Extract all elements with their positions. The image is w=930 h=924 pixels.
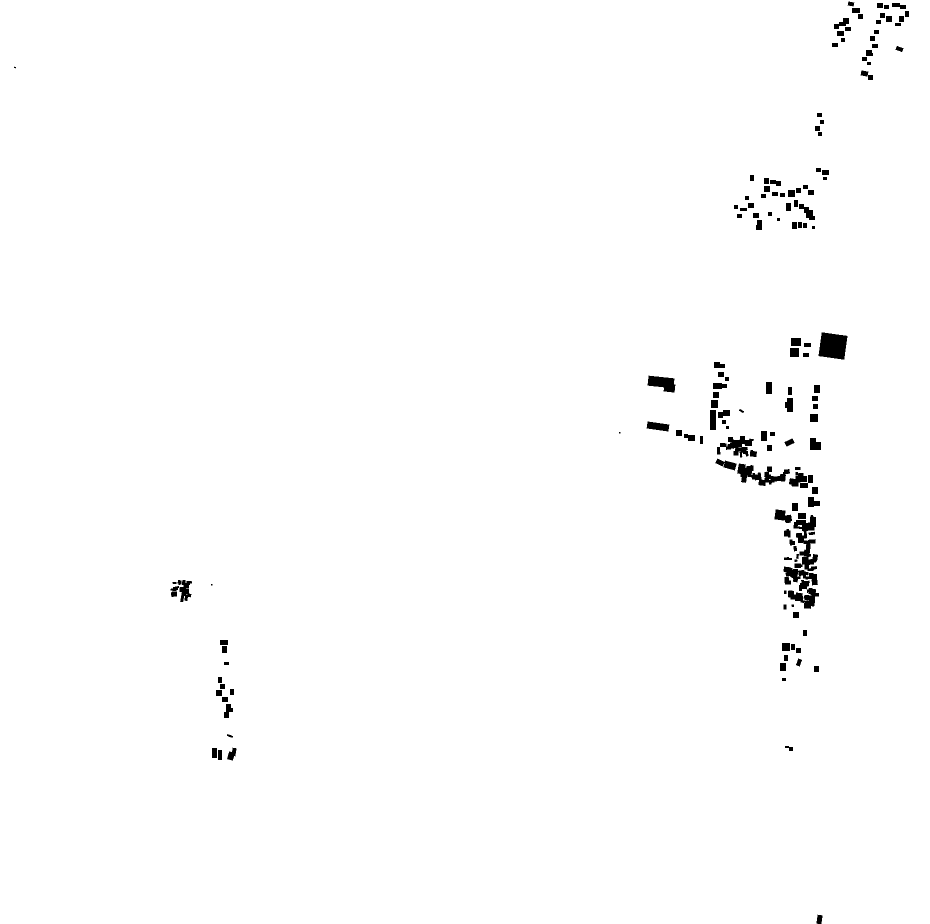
building-footprint (173, 582, 177, 584)
building-footprint (734, 205, 738, 209)
building-footprint (791, 644, 795, 650)
building-footprint (717, 447, 720, 452)
building-footprint (664, 383, 676, 392)
building-footprint (795, 472, 798, 475)
building-footprint (798, 222, 802, 228)
building-footprint (700, 436, 703, 444)
building-footprint (212, 748, 217, 758)
building-footprint (713, 392, 719, 398)
building-footprint (812, 487, 818, 494)
building-footprint (718, 372, 724, 377)
building-footprint (809, 588, 812, 593)
building-footprint (808, 539, 812, 542)
building-footprint (899, 16, 904, 22)
building-footprint (799, 551, 805, 555)
building-footprint (743, 467, 750, 476)
building-footprint (808, 190, 814, 195)
building-footprint (796, 188, 801, 193)
building-footprint (172, 592, 177, 597)
building-footprint (852, 8, 860, 13)
building-footprint (688, 435, 695, 441)
building-footprint (743, 451, 745, 454)
building-footprint (737, 214, 742, 218)
building-footprint (764, 472, 769, 478)
building-footprint (768, 212, 772, 216)
building-footprint (222, 646, 227, 653)
building-footprint (785, 580, 791, 584)
building-footprint (777, 218, 780, 221)
building-footprint (788, 590, 792, 597)
building-footprint (767, 445, 772, 451)
building-footprint (818, 132, 822, 136)
building-footprint (803, 185, 808, 189)
building-footprint (866, 53, 873, 56)
building-footprint (799, 204, 804, 209)
building-footprint (876, 20, 881, 24)
building-footprint (789, 747, 793, 751)
building-footprint (810, 414, 818, 422)
building-footprint (756, 225, 762, 230)
building-footprint (872, 44, 878, 48)
building-footprint (822, 170, 829, 175)
building-footprint (787, 558, 792, 560)
building-footprint (750, 451, 757, 457)
building-footprint (845, 27, 851, 31)
building-footprint (785, 402, 789, 408)
building-footprint (750, 175, 754, 181)
building-footprint (810, 438, 816, 450)
building-footprint (792, 604, 794, 607)
building-footprint (189, 581, 192, 584)
building-footprint (776, 181, 781, 186)
building-footprint (218, 677, 222, 683)
building-footprint (789, 478, 796, 485)
building-footprint (895, 23, 901, 26)
building-footprint (176, 586, 179, 588)
building-footprint (900, 5, 906, 9)
map-background (0, 0, 930, 924)
building-footprint (721, 384, 727, 388)
building-footprint (788, 387, 792, 395)
building-footprint (725, 377, 729, 381)
building-footprint (813, 404, 818, 409)
building-footprint (722, 420, 726, 424)
building-footprint (770, 180, 776, 184)
building-footprint (808, 554, 811, 556)
building-footprint (880, 13, 885, 18)
building-footprint (216, 690, 222, 696)
building-footprint (786, 203, 791, 211)
building-footprint (726, 426, 729, 429)
building-footprint (823, 177, 827, 180)
building-footprint (758, 479, 766, 486)
building-footprint (720, 364, 725, 368)
building-footprint (800, 483, 808, 488)
building-footprint (812, 226, 815, 229)
building-footprint (837, 31, 844, 36)
building-footprint (230, 689, 234, 695)
building-footprint (807, 589, 810, 592)
building-footprint (798, 513, 806, 519)
building-footprint (870, 36, 875, 41)
building-footprint (723, 443, 727, 447)
building-footprint (784, 469, 790, 474)
building-footprint (815, 126, 820, 131)
building-footprint (832, 43, 838, 47)
building-footprint-map (0, 0, 930, 924)
building-footprint (803, 630, 807, 636)
building-footprint (740, 464, 744, 467)
building-footprint (800, 583, 807, 589)
building-footprint (224, 662, 229, 665)
building-footprint (769, 480, 772, 485)
building-footprint (794, 200, 798, 207)
building-footprint (761, 194, 766, 198)
building-footprint (767, 467, 772, 472)
building-footprint (805, 576, 812, 579)
building-footprint (785, 746, 789, 748)
building-footprint (218, 750, 222, 760)
building-footprint (808, 497, 814, 507)
building-footprint (868, 75, 873, 80)
building-footprint (884, 5, 889, 9)
building-footprint (820, 120, 824, 124)
building-footprint (795, 596, 803, 601)
building-footprint (794, 559, 797, 562)
building-footprint (791, 338, 801, 346)
building-footprint (711, 400, 718, 408)
building-footprint (764, 178, 769, 184)
building-footprint (784, 655, 788, 661)
building-footprint (211, 584, 213, 586)
building-footprint (905, 11, 909, 17)
building-footprint (770, 432, 775, 436)
building-footprint (795, 467, 800, 470)
building-footprint (788, 534, 791, 538)
building-footprint (782, 643, 790, 651)
building-footprint (676, 430, 682, 436)
building-footprint (796, 554, 799, 559)
building-footprint (782, 678, 786, 681)
building-footprint (892, 3, 900, 7)
building-footprint (812, 575, 817, 581)
building-footprint (619, 432, 621, 434)
building-footprint (858, 14, 863, 19)
building-footprint (816, 442, 821, 450)
building-footprint (817, 113, 822, 117)
building-footprint (796, 648, 801, 653)
building-footprint (774, 509, 785, 520)
building-footprint (793, 577, 798, 582)
building-footprint (886, 16, 892, 22)
building-footprint (740, 208, 747, 211)
building-footprint (787, 529, 790, 533)
building-footprint (802, 560, 807, 564)
building-footprint (804, 595, 811, 601)
building-footprint (786, 520, 791, 523)
building-footprint (748, 203, 754, 208)
building-footprint (222, 697, 228, 702)
building-footprint (780, 663, 786, 671)
building-footprint (788, 190, 795, 197)
building-footprint (742, 441, 749, 444)
building-footprint (814, 385, 820, 393)
building-footprint (735, 448, 742, 452)
building-footprint (718, 412, 723, 418)
building-footprint (713, 383, 722, 389)
building-footprint (811, 566, 817, 569)
building-footprint (726, 446, 730, 449)
building-footprint (764, 186, 770, 192)
building-footprint (783, 604, 786, 609)
building-footprint (803, 223, 807, 228)
building-footprint (814, 666, 819, 672)
building-footprint (183, 583, 189, 589)
building-footprint (792, 503, 798, 511)
building-footprint (178, 580, 182, 584)
building-footprint (862, 57, 867, 61)
building-footprint (224, 712, 229, 718)
building-footprint (806, 601, 809, 604)
building-footprint (220, 684, 225, 689)
building-footprint (818, 332, 847, 359)
building-footprint (874, 30, 879, 34)
building-footprint (809, 216, 815, 220)
building-footprint (834, 24, 839, 29)
building-footprint (792, 541, 795, 545)
building-footprint (803, 353, 809, 357)
building-footprint (220, 640, 228, 645)
building-footprint (761, 431, 767, 441)
building-footprint (714, 362, 720, 368)
building-footprint (780, 193, 785, 197)
building-footprint (877, 3, 883, 8)
building-footprint (812, 396, 818, 401)
building-footprint (779, 474, 785, 482)
building-footprint (793, 546, 797, 552)
building-footprint (814, 501, 820, 506)
building-footprint (796, 533, 802, 538)
building-footprint (867, 62, 871, 65)
building-footprint (809, 600, 815, 607)
building-footprint (804, 343, 811, 347)
building-footprint (812, 558, 816, 563)
building-footprint (839, 22, 846, 26)
building-footprint (808, 475, 813, 483)
building-footprint (783, 567, 790, 573)
building-footprint (710, 410, 716, 430)
building-footprint (797, 476, 807, 482)
building-footprint (772, 192, 778, 196)
building-footprint (841, 38, 845, 42)
building-footprint (793, 612, 799, 618)
building-footprint (789, 539, 792, 545)
building-footprint (717, 452, 721, 455)
building-footprint (750, 465, 753, 471)
building-footprint (794, 574, 798, 577)
building-footprint (753, 213, 759, 218)
building-footprint (228, 708, 233, 712)
building-footprint (723, 410, 730, 416)
building-footprint (790, 348, 799, 357)
building-footprint (684, 434, 688, 438)
building-footprint (766, 382, 772, 394)
building-footprint (792, 222, 797, 229)
building-footprint (745, 196, 749, 200)
building-footprint (805, 523, 809, 527)
building-footprint (784, 591, 787, 594)
building-footprint (816, 168, 821, 172)
